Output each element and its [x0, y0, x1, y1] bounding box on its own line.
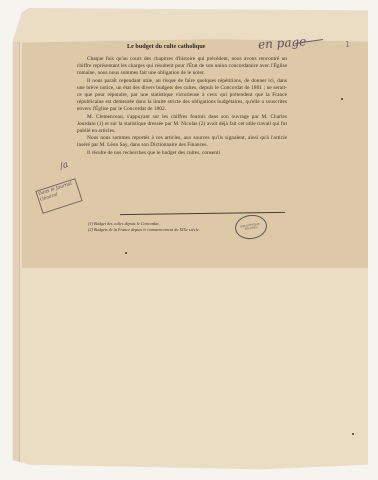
paper-speck — [125, 252, 127, 254]
paragraph: M. Clemenceau, s'appuyant sur les chiffr… — [77, 114, 287, 136]
paper-speck — [352, 433, 354, 435]
paragraph: Il nous paraît cependant utile, au risqu… — [77, 78, 287, 114]
clipping-title: Le budget du culte catholique — [127, 43, 205, 50]
paper-speck — [341, 98, 343, 100]
page-number: 1 — [345, 40, 350, 49]
folded-edge — [11, 42, 20, 462]
stamp-text: BIBLIOTHÈQUE · ARCHIVES — [236, 221, 267, 232]
footnote: (2) Budgets de la France depuis le comme… — [88, 227, 248, 233]
clipping-body: Chaque fois qu'au cours des chapitres d'… — [77, 56, 287, 157]
paragraph: Il résulte de nos recherches que le budg… — [77, 150, 287, 157]
paragraph: Nous nous sommes reportés à ces articles… — [77, 135, 287, 149]
footnotes: (1) Budget des cultes depuis le Concorda… — [88, 221, 248, 232]
paragraph: Chaque fois qu'au cours des chapitres d'… — [77, 56, 287, 78]
